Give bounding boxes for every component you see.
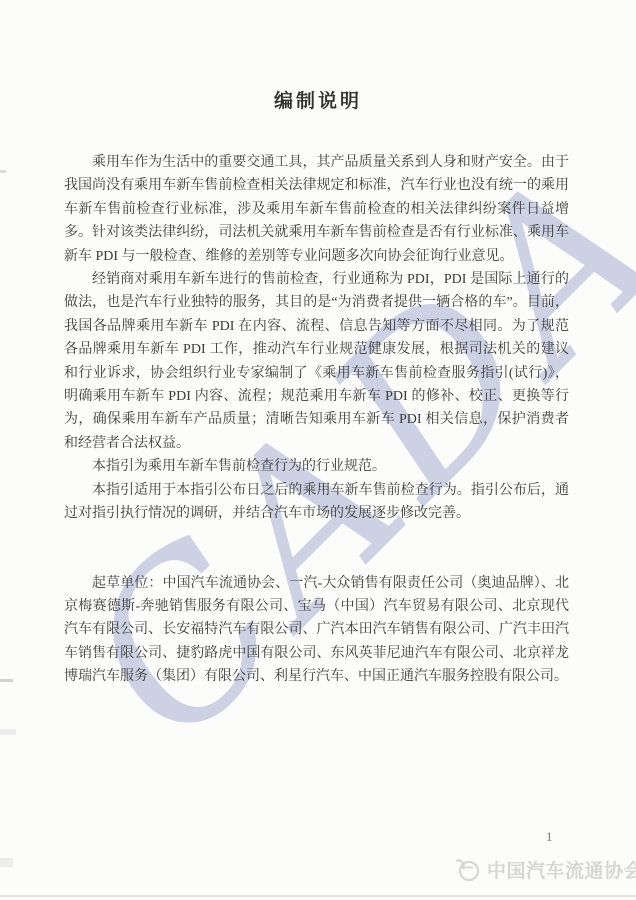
paragraph-drafting-units: 起草单位：中国汽车流通协会、一汽-大众销售有限责任公司（奥迪品牌）、北京梅赛德斯…	[64, 572, 569, 689]
footer-org-name: 中国汽车流通协会	[487, 856, 636, 883]
scan-artifact	[0, 729, 16, 735]
scan-artifact	[0, 858, 13, 867]
paragraph-pdi-background: 经销商对乘用车新车进行的售前检查，行业通称为 PDI，PDI 是国际上通行的做法…	[64, 268, 569, 455]
document-body: 乘用车作为生活中的重要交通工具，其产品质量关系到人身和财产安全。由于我国尚没有乘…	[64, 151, 569, 689]
scan-artifact	[0, 170, 6, 173]
document-page: CADA 编制说明 乘用车作为生活中的重要交通工具，其产品质量关系到人身和财产安…	[0, 0, 636, 900]
page-number: 1	[546, 829, 553, 845]
page-title: 编制说明	[0, 86, 636, 113]
paragraph-applicability: 本指引适用于本指引公布日之后的乘用车新车售前检查行为。指引公布后，通过对指引执行…	[64, 479, 569, 526]
footer-logo: 中国汽车流通协会	[454, 856, 636, 883]
cada-circle-logo-icon	[454, 857, 481, 882]
paragraph-intro: 乘用车作为生活中的重要交通工具，其产品质量关系到人身和财产安全。由于我国尚没有乘…	[64, 151, 569, 268]
paragraph-scope-statement: 本指引为乘用车新车售前检查行为的行业规范。	[64, 455, 569, 478]
scan-artifact	[0, 679, 13, 682]
scan-edge-line	[0, 895, 636, 897]
